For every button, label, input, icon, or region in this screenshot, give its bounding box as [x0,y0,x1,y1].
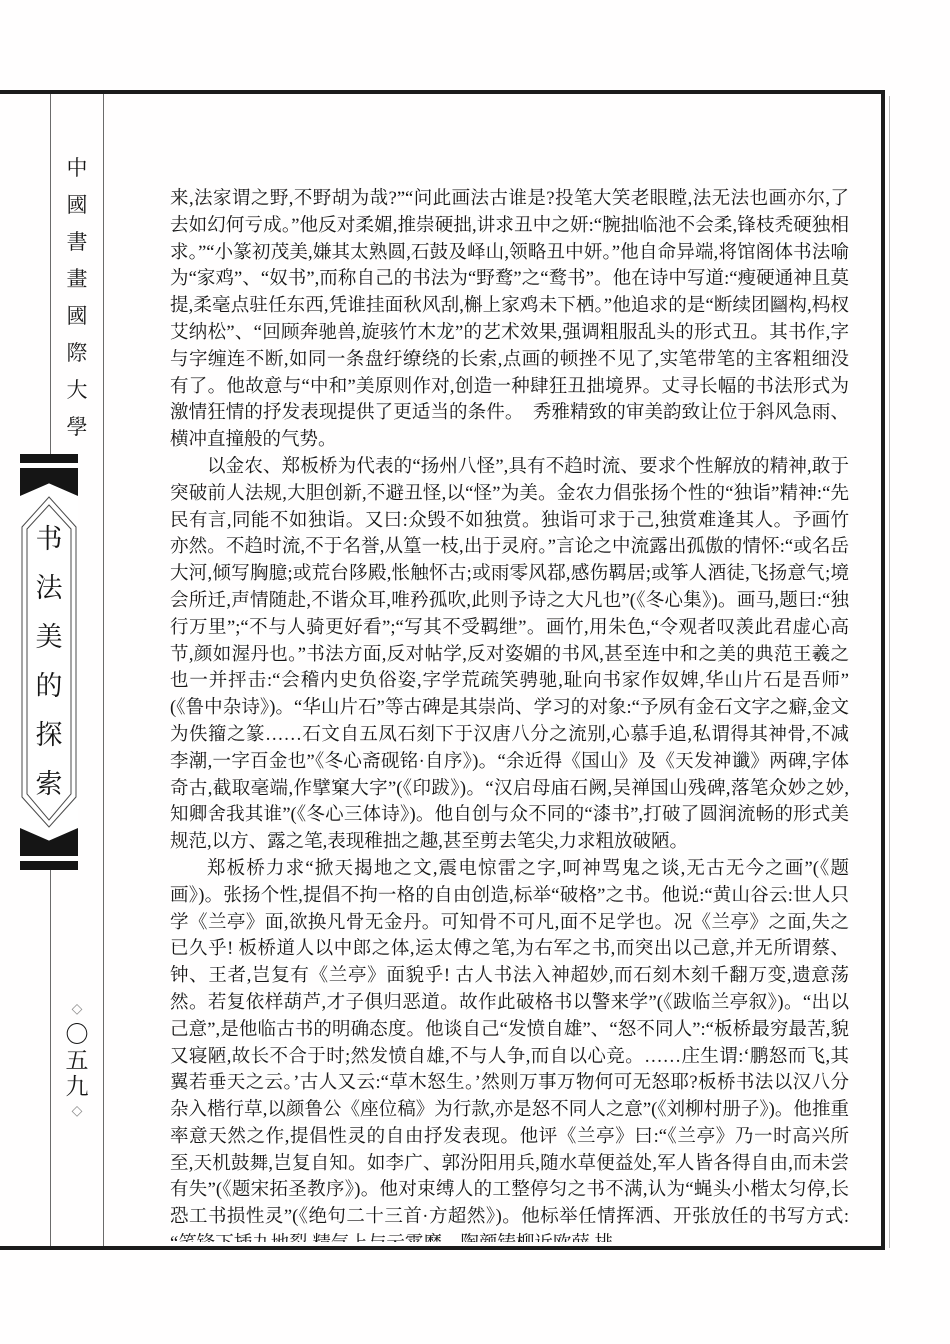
vertical-char: 书 [36,515,63,564]
banner-bottom-ribbon [20,828,78,856]
vertical-char: 法 [36,564,63,613]
vertical-char: 的 [36,662,63,711]
vertical-char: 際 [67,335,88,372]
vertical-char: 國 [67,298,88,335]
page-border-right [881,90,885,1250]
vertical-char: 學 [67,409,88,446]
paragraph: 郑板桥力求“掀天揭地之文,震电惊雷之字,呵神骂鬼之谈,无古无今之画”(《题画》)… [170,856,849,1242]
page-border-bottom [0,1246,885,1250]
vertical-char: 探 [36,711,63,760]
paragraph: 来,法家谓之野,不野胡为哉?”“问此画法古谁是?投笔大笑老眼瞠,法无法也画亦尔,… [170,186,849,454]
page-border-top [0,90,885,94]
banner-top-ribbon [20,468,78,496]
banner-frame: 书法美的探索 [20,496,78,828]
diamond-ornament-icon: ◇ [72,1104,83,1120]
page-border-right-shadow [889,96,890,1248]
vertical-char: 畫 [67,261,88,298]
page-number: 〇五九 [66,1022,89,1100]
vertical-char: 〇 [66,1022,89,1048]
vertical-char: 中 [67,150,88,187]
article-body: 来,法家谓之野,不野胡为哉?”“问此画法古谁是?投笔大笑老眼瞠,法无法也画亦尔,… [170,186,849,1242]
folio: ◇ 〇五九 ◇ [50,1002,104,1120]
vertical-char: 美 [36,613,63,662]
banner-top-bar [20,454,78,463]
vertical-char: 書 [67,224,88,261]
book-title: 书法美的探索 [20,496,78,828]
vertical-char: 國 [67,187,88,224]
diamond-ornament-icon: ◇ [72,1002,83,1018]
book-page: 中國書畫國際大學 书法美的探索 ◇ 〇五九 ◇ 来,法家谓之野,不野胡为哉?”“… [0,0,950,1344]
spine-university-name: 中國書畫國際大學 [50,150,104,446]
vertical-char: 九 [66,1074,89,1100]
vertical-char: 五 [66,1048,89,1074]
paragraph: 以金农、郑板桥为代表的“扬州八怪”,具有不趋时流、要求个性解放的精神,敢于突破前… [170,454,849,856]
book-title-banner: 书法美的探索 [20,454,78,870]
vertical-char: 大 [67,372,88,409]
banner-bottom-bar [20,861,78,870]
vertical-char: 索 [36,760,63,809]
